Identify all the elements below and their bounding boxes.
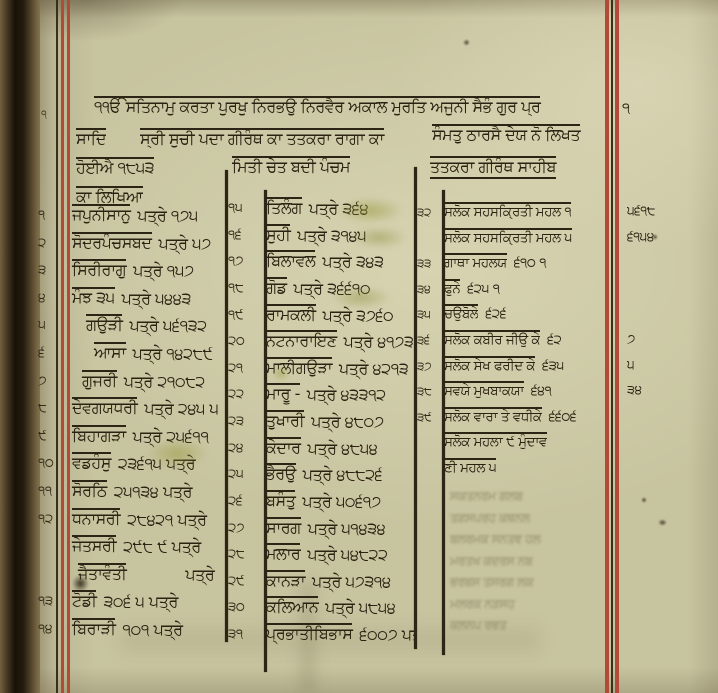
row-number: ੮: [38, 397, 72, 416]
page-ref: ਪਤ੍ਰੇ ੧੫੭: [133, 259, 194, 281]
page-ref: ਪਤ੍ਰੇ ੫੦੬੧੭: [302, 490, 380, 512]
index-row: ੩੭ਸਲੋਕ ਸੇਖ ਫਰੀਦ ਕੇ੬੩੫੫: [417, 356, 598, 380]
index-row: ਜੈਤਾਵੰਤੀਪਤ੍ਰੇ: [38, 563, 224, 589]
title-text: ਸ੍ਰੀ ਸੁਚੀ ਪਦਾ ਗੀਰੰਥ ਕਾ ਤਤਕਰਾ ਰਾਗਾ ਕਾ: [140, 128, 384, 148]
raga-name: ਵਡਹੰਸੁ: [72, 452, 111, 472]
page-ref: ੬੨: [547, 330, 561, 348]
index-row: ੧ਜਪੁਨੀਸਾਨੁਪਤ੍ਰੇ ੧੭੫: [38, 204, 224, 230]
raga-name: ਤੁਖਾਰੀ: [266, 410, 304, 430]
row-number: ੩੬: [417, 330, 444, 348]
bani-name: ਣੀ ਮਹਲ ੫: [444, 458, 496, 475]
page-ref: ਪਤ੍ਰੇ ੨੪੫ ੫: [144, 397, 218, 419]
ink-speck: [463, 39, 470, 46]
page-ref: ਪਤ੍ਰੇ ੪੩੩੧੨: [307, 383, 386, 405]
index-row: ਸਲੋਕ ਮਹਲਾ ੯ ਮੁੰਦਾਵ: [417, 432, 598, 456]
carryover-text: ਸਾਦਿ: [76, 128, 106, 148]
row-number: ੨: [38, 232, 72, 251]
bani-name: ਸਲੋਕ ਮਹਲਾ ੯ ਮੁੰਦਾਵ: [444, 432, 547, 449]
row-number: ੨੬: [228, 490, 266, 509]
index-row: ੫ਗਉੜੀਪਤ੍ਰੇ ੫੬੧੩੨: [38, 314, 224, 340]
index-row: ੧੭ਬਿਲਾਵਲਪਤ੍ਰੇ ੩੪੩: [228, 250, 414, 276]
page-ref: ਪਤ੍ਰੇ ੫੪੪੩: [122, 287, 191, 309]
bani-name: ਚਉਬੋਲੇ: [444, 304, 478, 321]
row-number: ੯: [38, 425, 72, 444]
raga-name: ਕਲਿਆਨ: [266, 596, 318, 616]
page-ref: ਪਤ੍ਰੇ ੪੨੧੩: [339, 357, 408, 379]
page-ref: ੩੦੬ ੫ ਪਤ੍ਰੇ: [103, 590, 177, 612]
row-number: ੩੦: [228, 596, 266, 615]
raga-name: ਬਿਹਾਗੜਾ: [72, 425, 126, 445]
margin-page-number: ੫੬੧੮: [627, 204, 655, 219]
index-row: ੩ਸਿਰੀਰਾਗੁਪਤ੍ਰੇ ੧੫੭: [38, 259, 224, 285]
bani-name: ਗਾਥਾ ਮਹਲਯ: [444, 253, 507, 270]
bleed-through-text: ਸਕਤਨਰਮ ਗਲਬ ਤਗਸਪਰਹ ਕਥਨਲ ਬਲਰਮਕ ਸਨਤਵ ਹਲ ਮਰਤ…: [450, 488, 598, 633]
row-number: ੧੦: [38, 452, 72, 471]
page-ref: ਪਤ੍ਰੇ ੫੪੮੨੨: [307, 543, 387, 565]
raga-name: ਭੈਰਉ: [266, 463, 296, 483]
row-number: ੧੮: [228, 277, 266, 296]
index-row: ੭ਗੁਜਰੀਪਤ੍ਰੇ ੨੧੦੮੨: [38, 370, 224, 396]
index-row: ੪ਮੰਝ ੩੫ਪਤ੍ਰੇ ੫੪੪੩: [38, 287, 224, 313]
page-ref: ਪਤ੍ਰੇ ੫੬੧੩੨: [129, 314, 206, 336]
raga-name: ਜੇਤਸਰੀ: [72, 535, 116, 555]
raga-name: ਸੁਹੀ: [266, 224, 290, 244]
index-row: ੨੨ਮਾਰੂ -ਪਤ੍ਰੇ ੪੩੩੧੨: [228, 383, 414, 409]
bani-name: ਸਲੋਕ ਸਹਸਕ੍ਰਿਤੀ ਮਹਲ ੧: [444, 202, 571, 219]
page-ref: ੧੦੧ ਪਤ੍ਰੇ: [122, 618, 182, 640]
hoie-text: ਹੋਈਐ ੧੮੫੩: [76, 157, 154, 177]
index-row: ੨੧ਮਾਲੀਗਉੜਾਪਤ੍ਰੇ ੪੨੧੩: [228, 357, 414, 383]
page-ref: ਪਤ੍ਰੇ ੪੮੦੭: [311, 410, 383, 432]
page-ref: ੬੪੧: [531, 381, 551, 399]
row-number: ੩: [38, 259, 72, 278]
row-number: ੧: [38, 204, 72, 223]
raga-name: ਬਸੰਤੁ: [266, 490, 295, 510]
raga-name: ਮਲਾਰ: [266, 543, 300, 563]
header-tatkara-title: ਤਤਕਰਾ ਗੀਰੰਥ ਸਾਹੀਬ: [430, 156, 604, 179]
index-row: ੨੮ਮਲਾਰਪਤ੍ਰੇ ੫੪੮੨੨: [228, 543, 414, 569]
row-number: ੧੪: [38, 618, 72, 637]
page-ref: ੬੨੬: [485, 304, 506, 322]
raga-name: ਸਾਰਗ: [266, 517, 301, 537]
raga-name: ਮਾਰੂ -: [266, 383, 300, 403]
raga-name: ਕਾਨੜਾ: [266, 570, 305, 590]
date-text: ਮਿਤੀ ਚੇਤ ਬਦੀ ਪੰਚਮ: [232, 156, 350, 176]
header-title-line: ਸ੍ਰੀ ਸੁਚੀ ਪਦਾ ਗੀਰੰਥ ਕਾ ਤਤਕਰਾ ਰਾਗਾ ਕਾ: [140, 128, 428, 148]
bani-name: ਸਲੋਕ ਸੇਖ ਫਰੀਦ ਕੇ: [444, 356, 535, 373]
index-row: ੩੧ਪ੍ਰਭਾਤੀਬਿਭਾਸ੬੦੦੭ ਪਤ੍ਰੇ: [228, 623, 414, 649]
header-samvat-line: ਸੰਮਤੁ ਠਾਰਸੈ ਦੇਯ ਨੋ ਲਿਖਤ: [432, 124, 604, 144]
row-number: ੩੯: [417, 407, 444, 425]
index-row: ਸਲੋਕ ਸਹਸਕ੍ਰਿਤੀ ਮਹਲ ੫੬੧੫੪: [417, 228, 598, 252]
right-margin-black-rule: [611, 0, 613, 693]
raga-name: ਨਟਨਾਰਾਇਣ: [266, 330, 337, 350]
index-row: ੧੨ਧਨਾਸਰੀ੨੮੪੨੧ ਪਤ੍ਰੇ: [38, 508, 224, 534]
row-number: ੬: [38, 342, 72, 361]
index-row: ੨੪ਕੇਦਾਰਪਤ੍ਰੇ ੪੮੫੪: [228, 437, 414, 463]
ghost-line: ਤਗਸਪਰਹ ਕਥਨਲ: [450, 510, 598, 526]
raga-name: ਕੇਦਾਰ: [266, 437, 301, 457]
row-number: ੩੧: [228, 623, 266, 642]
right-margin-red-rule: [615, 0, 619, 693]
raga-name: ਧਨਾਸਰੀ: [72, 508, 120, 528]
row-number: ੨੯: [228, 570, 266, 589]
page-ref: ਪਤ੍ਰੇ ੧੭੫: [137, 204, 198, 226]
page-ref: ਪਤ੍ਰੇ ੪੮੮੨੬: [303, 463, 383, 485]
row-number: ੨੫: [228, 463, 266, 482]
page-ref: ਪਤ੍ਰੇ ੫੭: [159, 232, 211, 254]
raga-name: ਟੋਡੀ: [72, 590, 96, 610]
raga-name: ਬਿਲਾਵਲ: [266, 250, 315, 270]
index-row: ੩੯ਸਲੋਕ ਵਾਰਾ ਤੇ ਵਧੀਕੇ੬੬੦੬: [417, 407, 598, 431]
index-row: ੨੬ਬਸੰਤੁਪਤ੍ਰੇ ੫੦੬੧੭: [228, 490, 414, 516]
raga-name: ਮੰਝ ੩੫: [72, 287, 115, 307]
index-row: ਣੀ ਮਹਲ ੫: [417, 458, 598, 482]
index-row: ੮ਦੇਵਗਯਧਰੀਪਤ੍ਰੇ ੨੪੫ ੫: [38, 397, 224, 423]
row-number: [38, 535, 72, 538]
index-row: ੩੩ਗਾਥਾ ਮਹਲਯ੬੧੦ ੧: [417, 253, 598, 277]
ink-smudge: [336, 197, 404, 224]
row-number: [417, 228, 444, 231]
row-number: [417, 458, 444, 461]
tatkara-title-text: ਤਤਕਰਾ ਗੀਰੰਥ ਸਾਹੀਬ: [430, 156, 556, 179]
row-number: ੧੭: [228, 250, 266, 269]
ghost-line: ਮਲਰਕ ਨੜਸਹ: [450, 596, 598, 612]
raga-name: ਜਪੁਨੀਸਾਨੁ: [72, 204, 130, 224]
ka-likhia-text: ਕਾ ਲਿਖਿਆ: [76, 186, 143, 206]
samvat-text: ਸੰਮਤੁ ਠਾਰਸੈ ਦੇਯ ਨੋ ਲਿਖਤ: [432, 124, 580, 144]
index-row: ੧੩ਟੋਡੀ੩੦੬ ੫ ਪਤ੍ਰੇ: [38, 590, 224, 616]
index-row: ੩੫ਚਉਬੋਲੇ੬੨੬: [417, 304, 598, 328]
raga-name: ਤਿਲੰਗ: [266, 197, 302, 217]
page-ref: ਪਤ੍ਰੇ ੧੪੨੮੯: [133, 342, 213, 364]
index-row: ੩੮ਸਵਯੇ ਮੁਖਬਾਕਯਾ੬੪੧੩੪: [417, 381, 598, 405]
page-ref: ਪਤ੍ਰੇ ੫੭੩੧੪: [312, 570, 391, 592]
row-number: ੨੪: [228, 437, 266, 456]
page-ref: ਪਤ੍ਰੇ: [185, 563, 214, 585]
row-number: ੩੪: [417, 279, 444, 297]
page-ref: ੨੮੪੨੧ ਪਤ੍ਰੇ: [127, 508, 206, 530]
row-number: ੪: [38, 287, 72, 306]
bani-name: ਸਵਯੇ ਮੁਖਬਾਕਯਾ: [444, 381, 524, 398]
index-row: ੩੦ਕਲਿਆਨਪਤ੍ਰੇ ੫੮੫੪: [228, 596, 414, 622]
raga-name: ਸੋਰਠਿ: [72, 480, 107, 500]
row-number: ੨੦: [228, 330, 266, 349]
row-number: ੨੨: [228, 383, 266, 402]
raga-name: ਰਾਮਕਲੀ: [266, 304, 316, 324]
row-number: ੩੮: [417, 381, 444, 399]
raga-name: ਸੋਦਰਪੰਚਸਬਦ: [72, 232, 152, 252]
raga-name: ਗੋਡ: [266, 277, 287, 297]
row-number: ੧੨: [38, 508, 72, 527]
row-number: [417, 432, 444, 435]
row-number: ੩੭: [417, 356, 444, 374]
index-row: ੩੬ਸਲੋਕ ਕਬੀਰ ਜੀਉ ਕੇ੬੨੭: [417, 330, 598, 354]
index-row: ੬ਆਸਾਪਤ੍ਰੇ ੧੪੨੮੯: [38, 342, 224, 368]
ink-speck: [658, 519, 667, 526]
raga-name: ਗੁਜਰੀ: [82, 370, 117, 390]
page-ref: ੬੬੦੬: [549, 407, 577, 425]
index-column-right: ੩੨ਸਲੋਕ ਸਹਸਕ੍ਰਿਤੀ ਮਹਲ ੧੫੬੧੮ ਸਲੋਕ ਸਹਸਕ੍ਰਿਤ…: [417, 202, 598, 482]
margin-page-number: ੭: [627, 332, 635, 347]
row-number: ੩੨: [417, 202, 444, 220]
page-ref: ੬੦੦੭ ਪਤ੍ਰੇ: [359, 623, 414, 645]
ghost-line: ਭਰਬਸ ਤਸਰਗ ਲਕ: [450, 574, 598, 590]
row-number: ੨੩: [228, 410, 266, 429]
row-number: ੧੫: [228, 197, 266, 216]
margin-page-number: ੬੧੫੪: [627, 230, 654, 245]
index-row: ੧੧ਸੋਰਠਿ੨੫੧੩੪ ਪਤ੍ਰੇ: [38, 480, 224, 506]
ghost-line: ਕਲਨਪ ਰਭਤ: [450, 617, 598, 633]
page-ref: ੬੧੦ ੧: [514, 253, 546, 271]
row-number: ੩੩: [417, 253, 444, 271]
header-date-line: ਮਿਤੀ ਚੇਤ ਬਦੀ ਪੰਚਮ: [232, 156, 350, 176]
bani-name: ਸਲੋਕ ਸਹਸਕ੍ਰਿਤੀ ਮਹਲ ੫: [444, 228, 572, 245]
margin-page-number: ੫: [627, 358, 634, 373]
bani-name: ਸਲੋਕ ਵਾਰਾ ਤੇ ਵਧੀਕੇ: [444, 407, 542, 424]
page-ref: ੬੩੫: [542, 356, 564, 374]
index-row: ੨੫ਭੈਰਉਪਤ੍ਰੇ ੪੮੮੨੬: [228, 463, 414, 489]
mul-mantar-text: ੧ੴ ਸਤਿਨਾਮੁ ਕਰਤਾ ਪੁਰਖੁ ਨਿਰਭਉ ਨਿਰਵੈਰ ਅਕਾਲ …: [94, 96, 540, 116]
page-ref: ੨੯੮ ੯ ਪਤ੍ਰੇ: [123, 535, 201, 557]
header-carryover: ਸਾਦਿ: [76, 128, 106, 148]
ink-speck: [641, 497, 647, 503]
index-row: ੨੭ਸਾਰਗਪਤ੍ਰੇ ੫੧੪੩੪: [228, 517, 414, 543]
raga-name: ਬਿਰਾੜੀ: [72, 618, 115, 638]
margin-page-number: ੩੪: [627, 383, 642, 398]
index-row: ੨ਸੋਦਰਪੰਚਸਬਦਪਤ੍ਰੇ ੫੭: [38, 232, 224, 258]
header-invocation-line: ੧ੴ ਸਤਿਨਾਮੁ ਕਰਤਾ ਪੁਰਖੁ ਨਿਰਭਉ ਨਿਰਵੈਰ ਅਕਾਲ …: [94, 96, 604, 116]
bani-name: ਫੁਨੇ: [444, 279, 460, 296]
page-ref: ਪਤ੍ਰੇ ੫੧੪੩੪: [308, 517, 386, 539]
index-column-middle: ੧੫ਤਿਲੰਗਪਤ੍ਰੇ ੩੬੪ ੧੬ਸੁਹੀਪਤ੍ਰੇ ੩੧੪੫ ੧੭ਬਿਲਾ…: [228, 197, 414, 649]
ghost-line: ਮਰਤਖ ਕਦਰਸ ਨਬ: [450, 553, 598, 569]
page-ref: ੬੨੫ ੧: [467, 279, 499, 297]
ink-smudge: [330, 286, 392, 309]
row-number: ੫: [38, 314, 72, 333]
raga-name: ਸਿਰੀਰਾਗੁ: [72, 259, 126, 279]
ink-smudge: [272, 366, 290, 381]
index-row: ੨੩ਤੁਖਾਰੀਪਤ੍ਰੇ ੪੮੦੭: [228, 410, 414, 436]
ink-speck: [652, 234, 658, 240]
index-row: ੧੪ਬਿਰਾੜੀ੧੦੧ ਪਤ੍ਰੇ: [38, 618, 224, 644]
header-ka-likhia: ਕਾ ਲਿਖਿਆ: [76, 186, 143, 206]
row-number: ੨੭: [228, 517, 266, 536]
page-ref: ਪਤ੍ਰੇ ੫੮੫੪: [325, 596, 395, 618]
corner-shadow: [40, 0, 260, 70]
page-ref: ਪਤ੍ਰੇ ੪੧੭੩: [344, 330, 414, 352]
right-margin-red-rule: [605, 0, 609, 693]
bani-name: ਸਲੋਕ ਕਬੀਰ ਜੀਉ ਕੇ: [444, 330, 540, 347]
row-number: ੧੧: [38, 480, 72, 499]
row-number: ੧੬: [228, 224, 266, 243]
header-hoie-line: ਹੋਈਐ ੧੮੫੩: [76, 157, 154, 177]
raga-name: ਗਉੜੀ: [86, 314, 122, 334]
ghost-line: ਬਲਰਮਕ ਸਨਤਵ ਹਲ: [450, 531, 598, 547]
page-ref: ਪਤ੍ਰੇ ੪੮੫੪: [308, 437, 378, 459]
left-margin-mark: ੧: [41, 108, 47, 122]
index-row: ੨੯ਕਾਨੜਾਪਤ੍ਰੇ ੫੭੩੧੪: [228, 570, 414, 596]
index-row: ੧੯ਰਾਮਕਲੀਪਤ੍ਰੇ ੩੭੬੦: [228, 304, 414, 330]
row-number: ੩੫: [417, 304, 444, 322]
index-row: ੩੪ਫੁਨੇ੬੨੫ ੧: [417, 279, 598, 303]
page-ref: ੨੫੧੩੪ ਪਤ੍ਰੇ: [114, 480, 192, 502]
row-number: [38, 563, 72, 566]
folio-number: ੧: [622, 99, 630, 117]
ink-smudge: [350, 226, 408, 249]
ink-blot: [72, 575, 89, 592]
raga-name: ਪ੍ਰਭਾਤੀਬਿਭਾਸ: [266, 623, 352, 643]
raga-name: ਦੇਵਗਯਧਰੀ: [72, 397, 137, 417]
row-number: ੨੧: [228, 357, 266, 376]
index-row: ੩੨ਸਲੋਕ ਸਹਸਕ੍ਰਿਤੀ ਮਹਲ ੧੫੬੧੮: [417, 202, 598, 226]
page-ref: ਪਤ੍ਰੇ ੩੪੩: [322, 250, 383, 272]
ink-smudge: [146, 438, 208, 469]
row-number: ੨੮: [228, 543, 266, 562]
raga-name: ਆਸਾ: [94, 342, 126, 362]
index-column-left: ੧ਜਪੁਨੀਸਾਨੁਪਤ੍ਰੇ ੧੭੫ ੨ਸੋਦਰਪੰਚਸਬਦਪਤ੍ਰੇ ੫੭ …: [38, 204, 224, 644]
ghost-line: ਸਕਤਨਰਮ ਗਲਬ: [450, 488, 598, 504]
manuscript-page-photo: ੧ ੧ ੧ੴ ਸਤਿਨਾਮੁ ਕਰਤਾ ਪੁਰਖੁ ਨਿਰਭਉ ਨਿਰਵੈਰ ਅ…: [0, 0, 718, 693]
index-row: ੨੦ਨਟਨਾਰਾਇਣਪਤ੍ਰੇ ੪੧੭੩: [228, 330, 414, 356]
index-row: ਜੇਤਸਰੀ੨੯੮ ੯ ਪਤ੍ਰੇ: [38, 535, 224, 561]
row-number: ੭: [38, 370, 72, 389]
row-number: ੧੩: [38, 590, 72, 609]
page-ref: ਪਤ੍ਰੇ ੨੧੦੮੨: [124, 370, 205, 392]
row-number: ੧੯: [228, 304, 266, 323]
